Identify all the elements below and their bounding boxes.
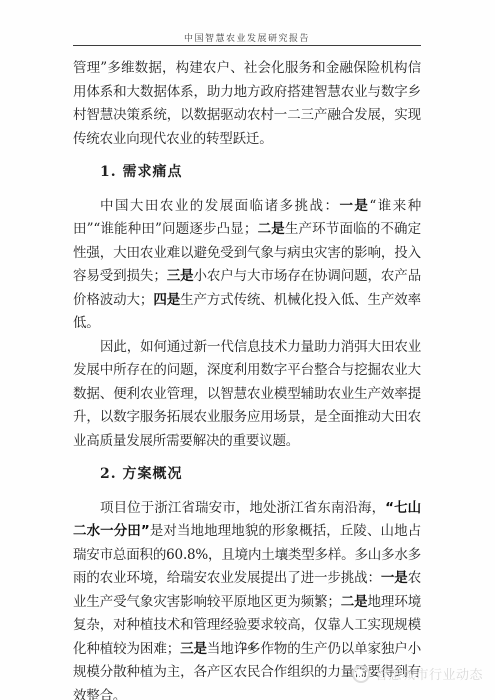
page-number: 24 [0,641,495,653]
text-run: 管理”多维数据，构建农户、社会化服务和金融保险机构信用体系和大数据体系，助力地方… [73,60,421,147]
running-header-title: 中国智慧农业发展研究报告 [73,31,421,44]
bold-run-ershi: 二是 [257,221,285,237]
document-body: 管理”多维数据，构建农户、社会化服务和金融保险机构信用体系和大数据体系，助力地方… [73,57,421,700]
section-heading-1: 1. 需求痛点 [100,161,421,185]
bold-run-yishi: 一是 [339,198,369,214]
watermark: 智慧城市行业动态 [352,664,483,683]
header-rule-line [73,45,421,46]
bold-run-ershi-2: 二是 [341,594,368,610]
watermark-logo-icon [352,665,370,683]
document-page: 中国智慧农业发展研究报告 管理”多维数据，构建农户、社会化服务和金融保险机构信用… [0,0,495,700]
text-run: 因此，如何通过新一代信息技术力量助力消弭大田农业发展中所存在的问题，深度利用数字… [73,339,421,449]
paragraph-intro-continuation: 管理”多维数据，构建农户、社会化服务和金融保险机构信用体系和大数据体系，助力地方… [73,57,421,151]
paragraph-pain-points: 中国大田农业的发展面临诸多挑战：一是“谁来种田”“谁能种田”问题逐步凸显；二是生… [73,195,421,336]
paragraph-conclusion: 因此，如何通过新一代信息技术力量助力消弭大田农业发展中所存在的问题，深度利用数字… [73,336,421,454]
text-run: 项目位于浙江省瑞安市，地处浙江省东南沿海， [100,500,385,516]
section-heading-2: 2. 方案概况 [100,463,421,487]
bold-run-yishi-2: 一是 [381,570,408,586]
bold-run-sishi: 四是 [153,292,180,308]
text-run: 中国大田农业的发展面临诸多挑战： [100,198,339,214]
bold-run-sanshi: 三是 [167,268,194,284]
watermark-label: 智慧城市行业动态 [375,664,483,683]
